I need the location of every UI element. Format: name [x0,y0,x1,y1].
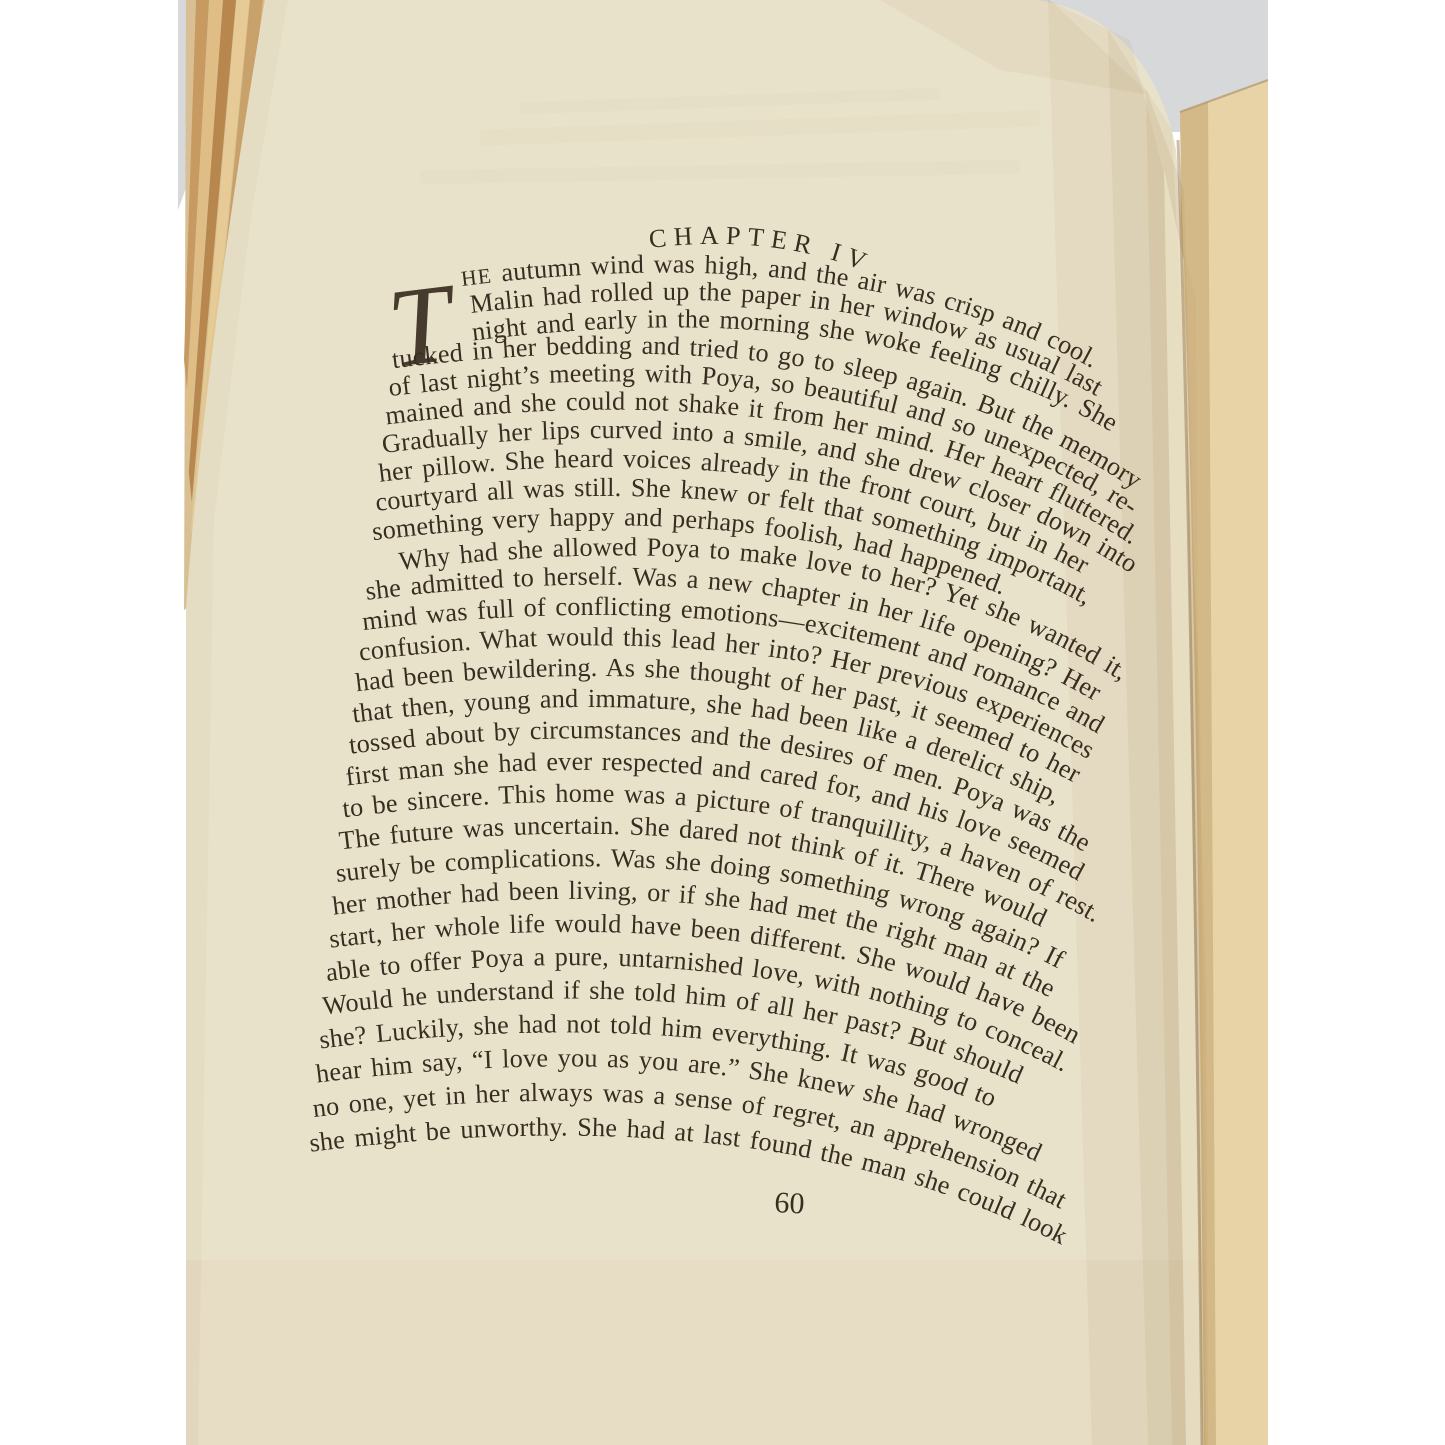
page-bottom-shade [186,1260,1206,1445]
book-photo-scene: CHAPTER IV T 60 HE autumn wind was high,… [0,0,1445,1445]
page-number: 60 [774,1186,806,1221]
book-photograph: CHAPTER IV T 60 HE autumn wind was high,… [0,0,1445,1445]
